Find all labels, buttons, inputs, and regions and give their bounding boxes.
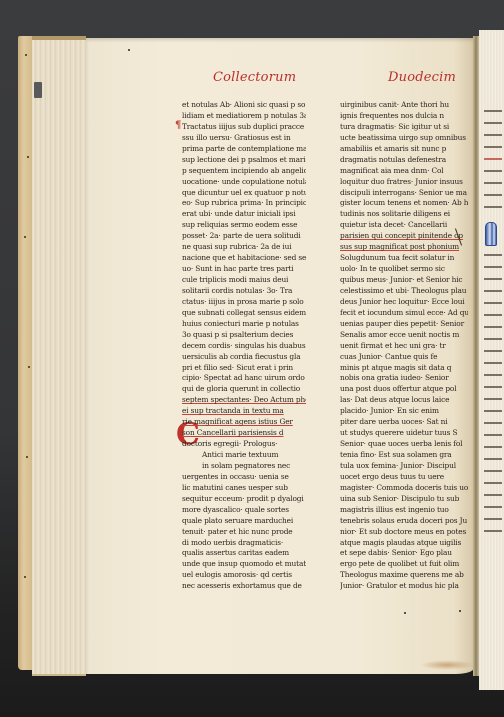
text-line: quietur ista decet· Cancellarii [340, 220, 468, 231]
text-line: uocatione· unde copulatione notulas sunt [182, 177, 306, 188]
text-line: p sequentem incipiendo ab angelica in [182, 166, 306, 177]
text-line: sus sup magnificat post phonium [340, 242, 468, 253]
text-line: doctoris egregii· Prologus· [182, 439, 306, 450]
text-line: loquitur duo fratres· Junior insuus [340, 177, 468, 188]
text-line: more dyascalico· quale sortes [182, 505, 306, 516]
text-line: magister· Commoda doceris tuis uo [340, 483, 468, 494]
text-line: erat ubi· unde datur iniciali ipsi [182, 209, 306, 220]
text-column-left: et notulas Ab· Alioni sic quasi p solidi… [182, 100, 306, 592]
text-line: tudinis nos solitarie diligens ei [340, 209, 468, 220]
text-line: cuas Junior· Cantue quis fe [340, 352, 468, 363]
text-line: que subnati collegat sensus eidem [182, 308, 306, 319]
text-line: posset· 2a· parte de uera solitudi [182, 231, 306, 242]
text-line: ucte beatissima uirgo sup omnibus [340, 133, 468, 144]
text-line: rie magnificat agens istius Ger [182, 417, 306, 428]
text-line: ut studys querere uidetur tuus S [340, 428, 468, 439]
text-line: Tractatus iiijus sub duplici pracce [182, 122, 306, 133]
text-line: uocet ergo deus tuus tu uere [340, 472, 468, 483]
text-line: tenebris solaus eruda doceri pos Ju [340, 516, 468, 527]
text-line: unde que insup quomodo et mutatis [182, 559, 306, 570]
text-line: Junior· Gratulor et modus hic pla [340, 581, 468, 592]
running-head-right: Duodecim [388, 70, 456, 85]
ink-speck [404, 612, 406, 614]
ink-speck [128, 49, 130, 51]
text-line: in solam pegnatores nec [182, 461, 306, 472]
text-line: nobis ona gratia iudeo· Senior [340, 373, 468, 384]
text-line: et notulas Ab· Alioni sic quasi p so [182, 100, 306, 111]
text-line: septem spectantes· Deo Actum phoni [182, 395, 306, 406]
book-photograph: Collectorum Duodecim ¶ C et notulas Ab· … [0, 0, 504, 717]
blue-initial-icon [485, 222, 497, 246]
text-line: uenias pauper dies pepetit· Senior [340, 319, 468, 330]
text-line: prima parte de contemplatione marie [182, 144, 306, 155]
text-line: nacione que et habitacione· sed ser [182, 253, 306, 264]
text-line: uersiculis ab cordia fiecustus gla [182, 352, 306, 363]
text-line: quale plato seruare marduchei [182, 516, 306, 527]
text-line: uergentes in occasu· uenia se [182, 472, 306, 483]
text-line: lic matutini canes uesper sub [182, 483, 306, 494]
text-line: huius coniecturi marie p notulas [182, 319, 306, 330]
water-stain [420, 660, 474, 670]
text-line: 3o quasi p si psalterium decies [182, 330, 306, 341]
text-line: sequitur ecceum· prodit p dyalogi [182, 494, 306, 505]
text-line: pri et filio sed· Sicut erat i prin [182, 363, 306, 374]
text-line: Antici marie textuum [182, 450, 306, 461]
text-line: ssu illo uersu· Gratiosus est in [182, 133, 306, 144]
text-line: tura dragmatis· Sic igitur ut si [340, 122, 468, 133]
text-line: ergo pete de quolibet ut fuit olim [340, 559, 468, 570]
text-line: son Cancellarii parisiensis d [182, 428, 306, 439]
binding-edge [18, 36, 32, 670]
clasp-tab [34, 82, 42, 98]
text-line: et sepe dabis· Senior· Ego plau [340, 548, 468, 559]
text-line: parisien qui concepit pinitende op [340, 231, 468, 242]
text-line: ne quasi sup rubrica· 2a de iui [182, 242, 306, 253]
text-line: solitarii cordis notulas· 3o· Tra [182, 286, 306, 297]
text-line: una post duos offertur atque pol [340, 384, 468, 395]
text-line: uirginibus canit· Ante thori hu [340, 100, 468, 111]
text-line: lidiam et mediatiorem p notulas 3a [182, 111, 306, 122]
text-line: magnificat aia mea dnm· Col [340, 166, 468, 177]
text-line: minis pt atque magis sit data q [340, 363, 468, 374]
text-line: nec acesseris exhortamus que de [182, 581, 306, 592]
left-page-stack [32, 36, 86, 676]
text-line: magistris illius est ingenio tuo [340, 505, 468, 516]
text-line: Solugdunum tua fecit solatur in [340, 253, 468, 264]
text-line: atque magis plaudas atque uigilis [340, 538, 468, 549]
right-page-edge [479, 30, 504, 690]
text-line: nior· Et sub doctore meus en potes [340, 527, 468, 538]
text-line: placido· Junior· En sic enim [340, 406, 468, 417]
text-line: discipuli interrogans· Senior ue ma [340, 188, 468, 199]
text-line: decem cordis· singulas his duabus [182, 341, 306, 352]
text-line: di modo uerbis dragmaticis· [182, 538, 306, 549]
text-line: ei sup tractanda in textu ma [182, 406, 306, 417]
text-line: quibus meus· Junior· et Senior hic [340, 275, 468, 286]
text-line: qui de gloria querunt in collectio [182, 384, 306, 395]
text-line: sup lectione dei p psalmos et marie [182, 155, 306, 166]
text-line: sup reliquias sermo eodem esse [182, 220, 306, 231]
text-line: ignis frequentes nos dulcia n [340, 111, 468, 122]
text-line: tula uox femina· Junior· Discipul [340, 461, 468, 472]
text-line: eo· Sup rubrica prima· In principio [182, 198, 306, 209]
text-line: uo· Sunt in hac parte tres parti [182, 264, 306, 275]
text-line: cule triplicis modi maius deui [182, 275, 306, 286]
text-line: uel eulogis amorosis· qd certis [182, 570, 306, 581]
text-line: Senalis amor ecce uenit noctis m [340, 330, 468, 341]
text-line: tenia fino· Est sua solamen gra [340, 450, 468, 461]
text-line: celestissimo et ubi· Theologus plau [340, 286, 468, 297]
running-head-left: Collectorum [213, 70, 296, 85]
text-line: deus Junior hec loquitur· Ecce loui [340, 297, 468, 308]
text-column-right: uirginibus canit· Ante thori huignis fre… [340, 100, 468, 592]
paragraph-mark-icon: ¶ [175, 120, 181, 131]
text-line: uenit firmat et hec uni gra· tr [340, 341, 468, 352]
ink-speck [459, 610, 461, 612]
text-line: amabiliis et amaris sit nunc p [340, 144, 468, 155]
text-line: fecit et iocundum simul ecce· Ad que [340, 308, 468, 319]
text-line: dragmatis notulas defenestra [340, 155, 468, 166]
text-line: cipio· Spectat ad hanc uirum ordo [182, 373, 306, 384]
text-line: tenuit· pater et hic nunc prode [182, 527, 306, 538]
text-line: uina sub Senior· Discipulo tu sub [340, 494, 468, 505]
text-line: Theologus maxime querens me ab [340, 570, 468, 581]
text-line: qualis assertus caritas eadem [182, 548, 306, 559]
text-line: ctatus· iiijus in prosa marie p solo [182, 297, 306, 308]
text-line: piter dare uerba uoces· Sat ni [340, 417, 468, 428]
text-line: que dicuntur uel ex quatuor p notulas [182, 188, 306, 199]
text-line: gister locum tenens et nomen· Ab his [340, 198, 468, 209]
text-line: Senior· quae uoces uerba lenis fol [340, 439, 468, 450]
text-line: uolo· In te quolibet sermo sic [340, 264, 468, 275]
text-line: las· Dat deus atque locus laice [340, 395, 468, 406]
